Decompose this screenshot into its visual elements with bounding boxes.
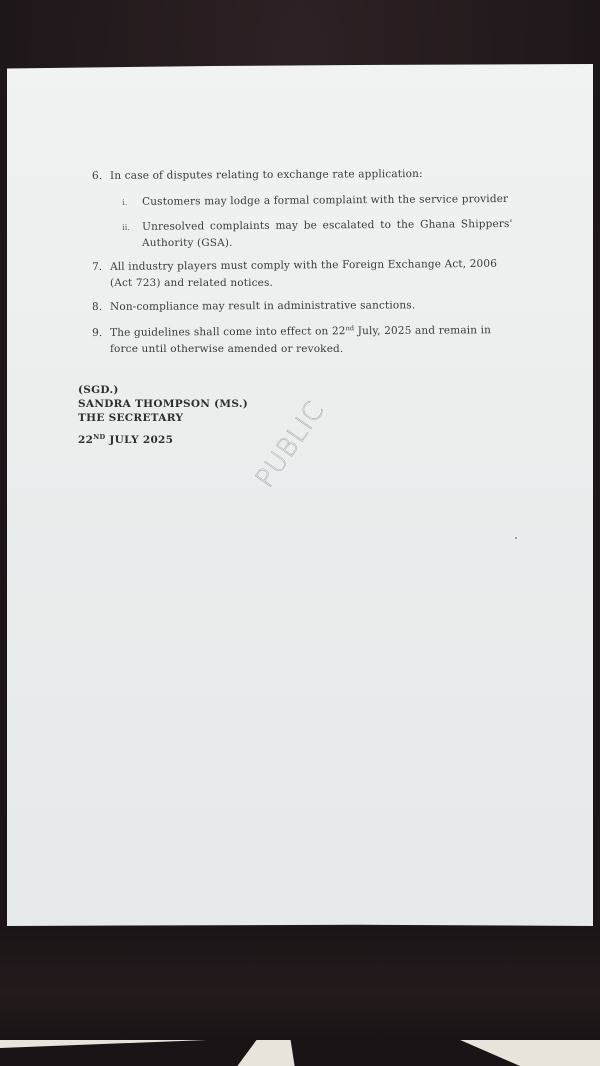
item-9-line2: force until otherwise amended or revoked… [110,343,343,355]
ordinal-suffix: nd [346,324,355,332]
item-6: 6.In case of disputes relating to exchan… [92,168,423,182]
item-number: 8. [92,301,110,313]
item-7-line2: (Act 723) and related notices. [110,277,273,289]
signatory-title: THE SECRETARY [78,412,183,424]
date-day: 22 [78,434,93,446]
item-text-a: The guidelines shall come into effect on… [110,325,346,339]
signed-marker: (SGD.) [78,384,119,396]
date-rest: JULY 2025 [105,434,173,446]
signatory-name: SANDRA THOMPSON (MS.) [78,398,248,410]
item-text-b: July, 2025 and remain in [354,324,491,337]
item-9: 9.The guidelines shall come into effect … [92,323,491,339]
item-number: 6. [92,170,110,182]
item-text: Non-compliance may result in administrat… [110,299,415,313]
item-text: In case of disputes relating to exchange… [110,168,423,182]
subitem-number: i. [122,198,142,207]
subitem-ii-line2: Authority (GSA). [142,237,233,249]
table-edge [0,926,600,1040]
date-suffix: ND [93,433,105,441]
subitem-number: ii. [122,223,142,232]
paper-speck [515,537,517,539]
item-number: 7. [92,261,110,273]
signature-date: 22ND JULY 2025 [78,433,173,446]
item-8: 8.Non-compliance may result in administr… [92,299,415,313]
item-number: 9. [92,327,110,339]
